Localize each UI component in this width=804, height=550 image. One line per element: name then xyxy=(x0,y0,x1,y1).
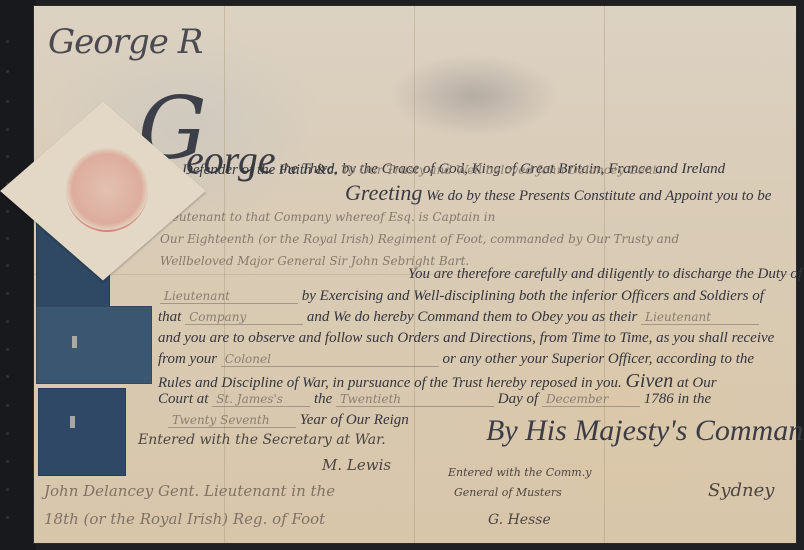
body-line-8: Twenty Seventh Year of Our Reign xyxy=(168,412,409,429)
heading-line-2: Defender of the Faith &c. To Our Trusty … xyxy=(182,162,661,179)
company-fill: Company xyxy=(185,310,303,325)
minister-signature: Sydney xyxy=(708,480,774,501)
rank-fill-2: Lieutenant xyxy=(641,310,759,325)
royal-signature: George R xyxy=(48,22,202,62)
superior-clause: or any other your Superior Officer, acco… xyxy=(443,351,754,367)
secretary-at-war-entry: Entered with the Secretary at War. xyxy=(138,432,386,448)
blue-ribbon-tab xyxy=(38,388,126,476)
year-fill: 1786 xyxy=(644,391,674,407)
body-line-5: from your Colonel or any other your Supe… xyxy=(158,351,754,368)
reign-year-fill: Twenty Seventh xyxy=(168,413,296,428)
commissary-entry-line-2: General of Musters xyxy=(454,486,562,499)
paper-seal xyxy=(8,96,198,286)
that-word: that xyxy=(158,309,181,325)
endorsement-line-2: 18th (or the Royal Irish) Reg. of Foot xyxy=(44,510,325,528)
appoint-clause: We do by these Presents Constitute and A… xyxy=(426,188,771,204)
rules-clause: Rules and Discipline of War, in pursuanc… xyxy=(158,375,622,391)
rank-fill: Lieutenant xyxy=(160,289,298,304)
addressee-fill: To Our Trusty and Well beloved John Dela… xyxy=(341,163,661,177)
body-line-7: Court at St. James's the Twentieth Day o… xyxy=(158,391,711,408)
blue-ribbon-tab xyxy=(36,306,152,384)
the-word: the xyxy=(314,391,332,407)
appointment-fill-2: Our Eighteenth (or the Royal Irish) Regi… xyxy=(160,232,679,246)
heading-line-3: Greeting We do by these Presents Constit… xyxy=(345,180,771,206)
at-our: at Our xyxy=(677,375,717,391)
body-line-1: You are therefore carefully and diligent… xyxy=(408,266,802,283)
royal-command: By His Majesty's Command xyxy=(486,414,804,448)
day-fill: Twentieth xyxy=(336,392,494,407)
court-at: Court at xyxy=(158,391,208,407)
from-your: from your xyxy=(158,351,217,367)
appointment-fill-1: Lieutenant to that Company whereof Esq. … xyxy=(160,210,495,224)
in-the: in the xyxy=(677,391,711,407)
day-of: Day of xyxy=(498,391,538,407)
greeting-word: Greeting xyxy=(345,180,422,205)
court-fill: St. James's xyxy=(212,392,310,407)
superior-fill: Colonel xyxy=(221,352,439,367)
body-line-6: Rules and Discipline of War, in pursuanc… xyxy=(158,370,717,393)
body-line-2: Lieutenant by Exercising and Well-discip… xyxy=(160,288,764,305)
commissary-entry-line-1: Entered with the Comm.y xyxy=(448,466,591,479)
heading-defender: Defender of the Faith &c. xyxy=(182,162,337,178)
reign-clause: Year of Our Reign xyxy=(300,412,409,428)
given-word: Given xyxy=(625,370,673,392)
endorsement-line-1: John Delancey Gent. Lieutenant in the xyxy=(44,482,335,500)
commissary-signature: G. Hesse xyxy=(488,512,551,528)
exercising-clause: by Exercising and Well-disciplining both… xyxy=(302,288,764,304)
month-fill: December xyxy=(542,392,640,407)
seal-icon xyxy=(66,148,148,232)
body-line-4: and you are to observe and follow such O… xyxy=(158,330,774,347)
obey-clause: and We do hereby Command them to Obey yo… xyxy=(307,309,638,325)
body-line-3: that Company and We do hereby Command th… xyxy=(158,309,759,326)
secretary-signature: M. Lewis xyxy=(322,456,391,474)
